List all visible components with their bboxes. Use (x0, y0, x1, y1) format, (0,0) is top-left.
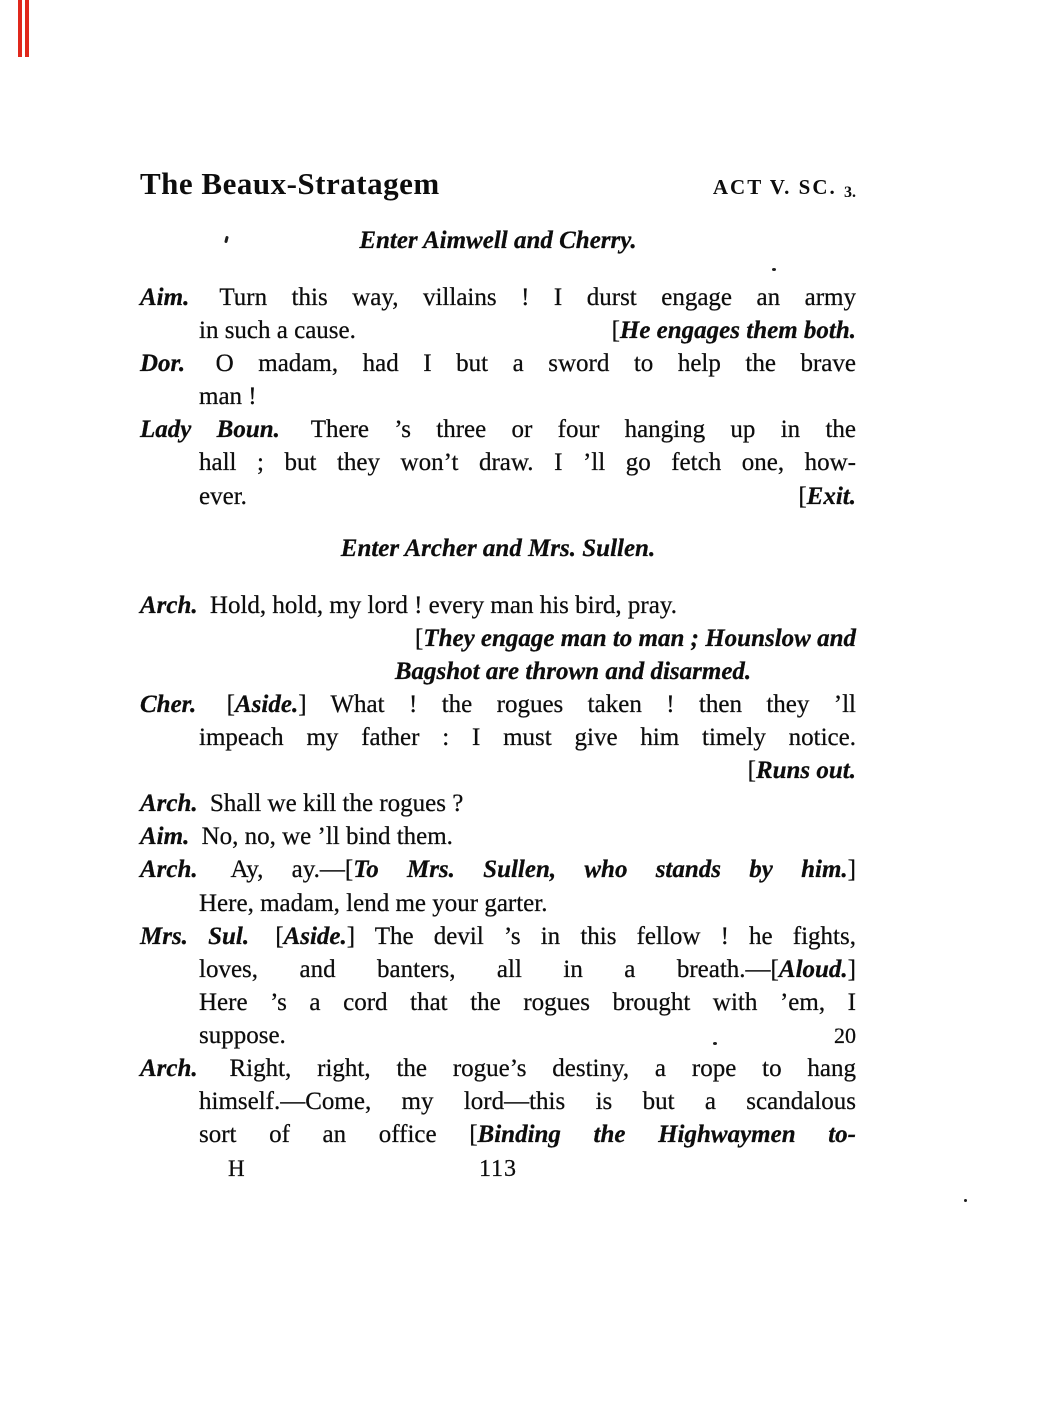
line-left-part: in such a cause. (140, 314, 356, 347)
dialogue-text: [ (612, 317, 620, 344)
play-line: Here ’s a cord that the rogues brought w… (140, 986, 856, 1019)
dialogue-text: [ (202, 691, 235, 718)
stage-direction-text: They engage man to man ; Hounslow and (423, 625, 856, 652)
line-left-part: suppose. (140, 1019, 286, 1052)
stage-direction-text: Enter Archer and Mrs. Sullen. (341, 535, 655, 562)
dialogue-text: No, no, we ’ll bind them. (195, 823, 453, 850)
speaker-name: Arch. (140, 790, 198, 817)
dialogue-text: sort of an office [ (199, 1121, 478, 1148)
dialogue-text: ] (848, 956, 856, 983)
play-line: man ! (140, 380, 856, 413)
speaker-name: Arch. (140, 856, 198, 883)
stage-direction-text: Bagshot are thrown and disarmed. (395, 658, 751, 685)
act-scene-text: ACT V. SC. (713, 175, 837, 199)
dialogue-text: There ’s three or four hanging up in the (286, 416, 856, 443)
speaker-name: Arch. (140, 1055, 198, 1082)
dialogue-text: Turn this way, villains ! I durst engage… (195, 284, 856, 311)
play-line: Arch. Hold, hold, my lord ! every man hi… (140, 589, 856, 622)
speaker-name: Arch. (140, 592, 198, 619)
dialogue-text: Right, right, the rogue’s destiny, a rop… (204, 1055, 856, 1082)
play-line: impeach my father : I must give him time… (140, 721, 856, 754)
play-line: suppose.20 (140, 1019, 856, 1052)
dialogue-text: in such a cause. (199, 317, 356, 344)
stage-direction-text: To Mrs. Sullen, who stands by him. (353, 856, 847, 883)
line-right-part: [He engages them both. (612, 314, 856, 347)
play-text-body: Enter Aimwell and Cherry.Aim. Turn this … (140, 224, 856, 1151)
page-number: 113 (140, 1152, 856, 1186)
ink-speck (772, 268, 776, 271)
stage-direction-text: Runs out. (756, 757, 856, 784)
speaker-name: Dor. (140, 350, 185, 377)
dialogue-text: Here, madam, lend me your garter. (199, 890, 547, 917)
stage-direction-enter-aimwell: Enter Aimwell and Cherry. (140, 224, 856, 258)
scene-number: 3. (844, 184, 856, 201)
line-left-part: ever. (140, 480, 247, 513)
ink-speck (713, 1042, 717, 1045)
stage-direction-text: Exit. (807, 483, 856, 510)
ink-speck (964, 1199, 967, 1202)
play-line: Arch. Shall we kill the rogues ? (140, 787, 856, 820)
dialogue-text: Here ’s a cord that the rogues brought w… (199, 989, 856, 1016)
dialogue-text: [ (748, 757, 756, 784)
play-line: Aim. No, no, we ’ll bind them. (140, 820, 856, 853)
play-line: Cher. [Aside.] What ! the rogues taken !… (140, 688, 856, 721)
speaker-name: Cher. (140, 691, 196, 718)
red-scan-mark (18, 0, 29, 57)
speaker-name: Aim. (140, 823, 189, 850)
play-line: Bagshot are thrown and disarmed. (140, 655, 856, 688)
dialogue-text: [ (798, 483, 806, 510)
dialogue-text: Hold, hold, my lord ! every man his bird… (204, 592, 677, 619)
dialogue-text: ] What ! the rogues taken ! then they ’l… (298, 691, 856, 718)
dialogue-text: Shall we kill the rogues ? (204, 790, 464, 817)
play-line: sort of an office [Binding the Highwayme… (140, 1118, 856, 1151)
stage-direction-text: Binding the Highwaymen to- (478, 1121, 856, 1148)
dialogue-text: man ! (199, 383, 257, 410)
play-text-column: Enter Aimwell and Cherry.Aim. Turn this … (140, 205, 856, 1186)
play-line: hall ; but they won’t draw. I ’ll go fet… (140, 446, 856, 479)
signature-letter: H (228, 1152, 245, 1186)
stage-direction-text: He engages them both. (620, 317, 856, 344)
play-line: Arch. Ay, ay.—[To Mrs. Sullen, who stand… (140, 853, 856, 886)
play-line: ever.[Exit. (140, 480, 856, 513)
play-line: [Runs out. (140, 754, 856, 787)
dialogue-text: Ay, ay.—[ (204, 856, 354, 883)
stage-direction-text: Aside. (284, 923, 347, 950)
stage-direction-enter-archer: Enter Archer and Mrs. Sullen. (140, 532, 856, 566)
dialogue-text: ever. (199, 483, 247, 510)
stage-direction-text: Aside. (235, 691, 298, 718)
red-scan-mark-bar (18, 0, 22, 57)
dialogue-text: [ (255, 923, 283, 950)
play-line: loves, and banters, all in a breath.—[Al… (140, 953, 856, 986)
play-line: Aim. Turn this way, villains ! I durst e… (140, 281, 856, 314)
dialogue-text: suppose. (199, 1022, 286, 1049)
act-scene-label: ACT V. SC. 3. (713, 175, 856, 200)
page-footer: H 113 (140, 1152, 856, 1186)
play-line: [They engage man to man ; Hounslow and (140, 622, 856, 655)
play-line: Here, madam, lend me your garter. (140, 887, 856, 920)
play-line: Dor. O madam, had I but a sword to help … (140, 347, 856, 380)
page-title: The Beaux-Stratagem (140, 166, 440, 202)
dialogue-text: impeach my father : I must give him time… (199, 724, 856, 751)
book-page: The Beaux-Stratagem ACT V. SC. 3. Enter … (0, 0, 1055, 1408)
stage-direction-text: Aloud. (779, 956, 848, 983)
play-line: himself.—Come, my lord—this is but a sca… (140, 1085, 856, 1118)
speaker-name: Aim. (140, 284, 189, 311)
line-right-part: [Exit. (798, 480, 856, 513)
play-line: in such a cause.[He engages them both. (140, 314, 856, 347)
stage-direction-text: Enter Aimwell and Cherry. (359, 227, 636, 254)
dialogue-text: ] The devil ’s in this fellow ! he fight… (347, 923, 856, 950)
dialogue-text: hall ; but they won’t draw. I ’ll go fet… (199, 449, 856, 476)
dialogue-text: O madam, had I but a sword to help the b… (191, 350, 856, 377)
dialogue-text: loves, and banters, all in a breath.—[ (199, 956, 779, 983)
play-line: Mrs. Sul. [Aside.] The devil ’s in this … (140, 920, 856, 953)
running-header: The Beaux-Stratagem ACT V. SC. 3. (140, 166, 856, 202)
play-line: Lady Boun. There ’s three or four hangin… (140, 413, 856, 446)
line-right-part: 20 (834, 1019, 856, 1052)
play-line: Arch. Right, right, the rogue’s destiny,… (140, 1052, 856, 1085)
line-number: 20 (834, 1023, 856, 1048)
red-scan-mark-bar (25, 0, 29, 57)
dialogue-text: himself.—Come, my lord—this is but a sca… (199, 1088, 856, 1115)
speaker-name: Lady Boun. (140, 416, 280, 443)
dialogue-text: ] (848, 856, 856, 883)
speaker-name: Mrs. Sul. (140, 923, 249, 950)
